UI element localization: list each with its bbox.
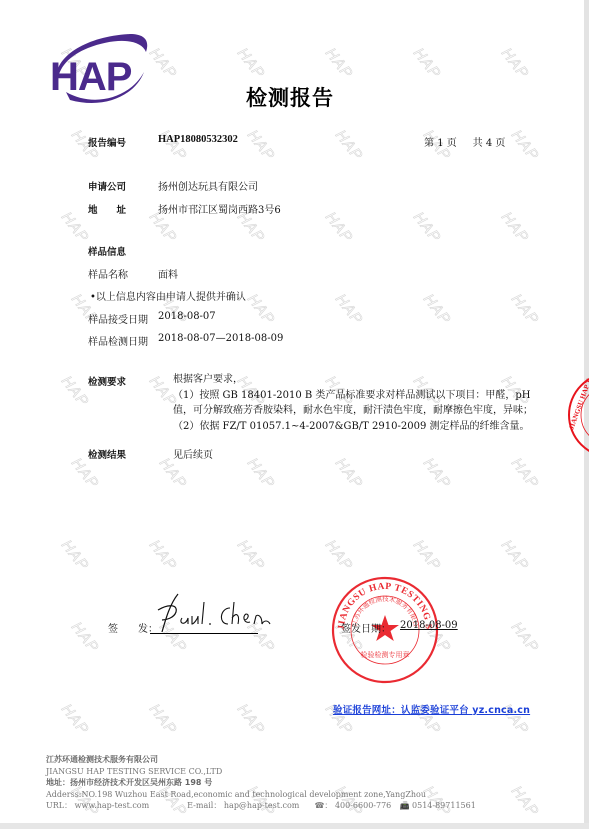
report-number: HAP18080532302 [158, 134, 238, 145]
side-seal-partial: JIANGSU HAP T [563, 370, 589, 460]
watermark-text: HAP [332, 291, 366, 328]
watermark-text: HAP [58, 209, 92, 246]
sample-received-label: 样品接受日期 [88, 311, 148, 326]
watermark-text: HAP [420, 455, 454, 492]
footer-email[interactable]: hap@hap-test.com [224, 800, 312, 812]
sample-received-date: 2018-08-07 [158, 311, 216, 322]
watermark-text: HAP [332, 127, 366, 164]
page-total-unit: 页 [495, 138, 505, 149]
hap-logo: HAP [44, 30, 154, 112]
page-unit: 页 [447, 138, 457, 149]
watermark-text: HAP [322, 537, 356, 574]
watermark-text: HAP [58, 701, 92, 738]
sample-note: •以上信息内容由申请人提供并确认 [90, 288, 246, 303]
company-name: 扬州创达玩具有限公司 [158, 178, 258, 193]
url-label: URL： [46, 800, 72, 812]
footer-address-en: Adderss:NO.198 Wuzhou East Road,economic… [46, 789, 476, 801]
report-number-label: 报告编号 [88, 135, 126, 149]
watermark-text: HAP [58, 537, 92, 574]
watermark-text: HAP [420, 291, 454, 328]
svg-text:检验检测专用章: 检验检测专用章 [361, 650, 410, 659]
issue-date: 2018-08-09 [400, 620, 458, 631]
watermark-text: HAP [156, 127, 190, 164]
footer-fax: 0514-89711561 [412, 800, 476, 812]
requirements-line: 根据客户要求， [173, 372, 533, 388]
watermark-text: HAP [498, 537, 532, 574]
page-indicator: 第 1 页 共 4 页 [424, 134, 505, 149]
watermark-text: HAP [58, 373, 92, 410]
page-total: 4 [486, 138, 492, 149]
footer-contact: URL： www.hap-test.com E-mail： hap@hap-te… [46, 800, 476, 812]
email-label: E-mail： [187, 800, 221, 812]
watermark-text: HAP [410, 209, 444, 246]
watermark-text: HAP [508, 127, 542, 164]
sample-name: 面料 [158, 266, 178, 281]
watermark-text: HAP [234, 537, 268, 574]
watermark-text: HAP [244, 127, 278, 164]
svg-text:HAP: HAP [50, 55, 132, 99]
requirements-line: （2）依据 FZ/T 01057.1~4-2007&GB/T 2910-2009… [173, 419, 533, 435]
watermark-text: HAP [508, 619, 542, 656]
issue-date-label: 签发日期： [341, 620, 391, 635]
watermark-text: HAP [410, 537, 444, 574]
requirements-text: 根据客户要求， （1）按照 GB 18401-2010 B 类产品标准要求对样品… [173, 372, 533, 434]
footer-address-cn: 地址：扬州市经济技术开发区吴州东路 198 号 [46, 777, 476, 789]
address-label: 地 址 [88, 202, 126, 216]
watermark-text: HAP [146, 701, 180, 738]
watermark-text: HAP [498, 45, 532, 82]
watermark-text: HAP [322, 209, 356, 246]
watermark-text: HAP [234, 701, 268, 738]
watermark-text: HAP [322, 45, 356, 82]
page-edge-bottom [0, 823, 589, 829]
company-label: 申请公司 [88, 179, 126, 193]
sample-tested-date: 2018-08-07—2018-08-09 [158, 333, 283, 344]
page-total-prefix: 共 [473, 138, 483, 149]
requirements-label: 检测要求 [88, 374, 126, 388]
results-value: 见后续页 [173, 446, 213, 461]
page-title: 检测报告 [246, 82, 334, 112]
sample-tested-label: 样品检测日期 [88, 333, 148, 348]
address-value: 扬州市邗江区蜀岗西路3号6 [158, 201, 281, 216]
watermark-text: HAP [508, 783, 542, 820]
watermark-text: HAP [332, 455, 366, 492]
phone-icon: ☎： [314, 800, 332, 812]
results-label: 检测结果 [88, 447, 126, 461]
footer-company-en: JIANGSU HAP TESTING SERVICE CO.,LTD [46, 766, 476, 778]
requirements-line: （1）按照 GB 18401-2010 B 类产品标准要求对样品测试以下项目：甲… [173, 388, 533, 419]
watermark-text: HAP [508, 455, 542, 492]
sample-name-label: 样品名称 [88, 266, 128, 281]
sample-section-label: 样品信息 [88, 244, 126, 258]
verify-report-link[interactable]: 验证报告网址：认监委验证平台 yz.cnca.cn [333, 702, 530, 716]
footer-phone: 400-6600-776 [335, 800, 397, 812]
watermark-text: HAP [244, 455, 278, 492]
watermark-text: HAP [508, 291, 542, 328]
watermark-text: HAP [244, 291, 278, 328]
watermark-text: HAP [498, 209, 532, 246]
watermark-text: HAP [410, 45, 444, 82]
watermark-text: HAP [68, 619, 102, 656]
watermark-text: HAP [234, 45, 268, 82]
signature [148, 590, 278, 636]
footer: 江苏环通检测技术服务有限公司 JIANGSU HAP TESTING SERVI… [46, 754, 476, 812]
page-prefix: 第 [424, 138, 434, 149]
watermark-text: HAP [146, 537, 180, 574]
signature-line [150, 633, 258, 634]
page-current: 1 [437, 138, 443, 149]
fax-icon: 📠 [400, 800, 410, 812]
footer-url[interactable]: www.hap-test.com [75, 800, 185, 812]
footer-company-cn: 江苏环通检测技术服务有限公司 [46, 754, 476, 766]
